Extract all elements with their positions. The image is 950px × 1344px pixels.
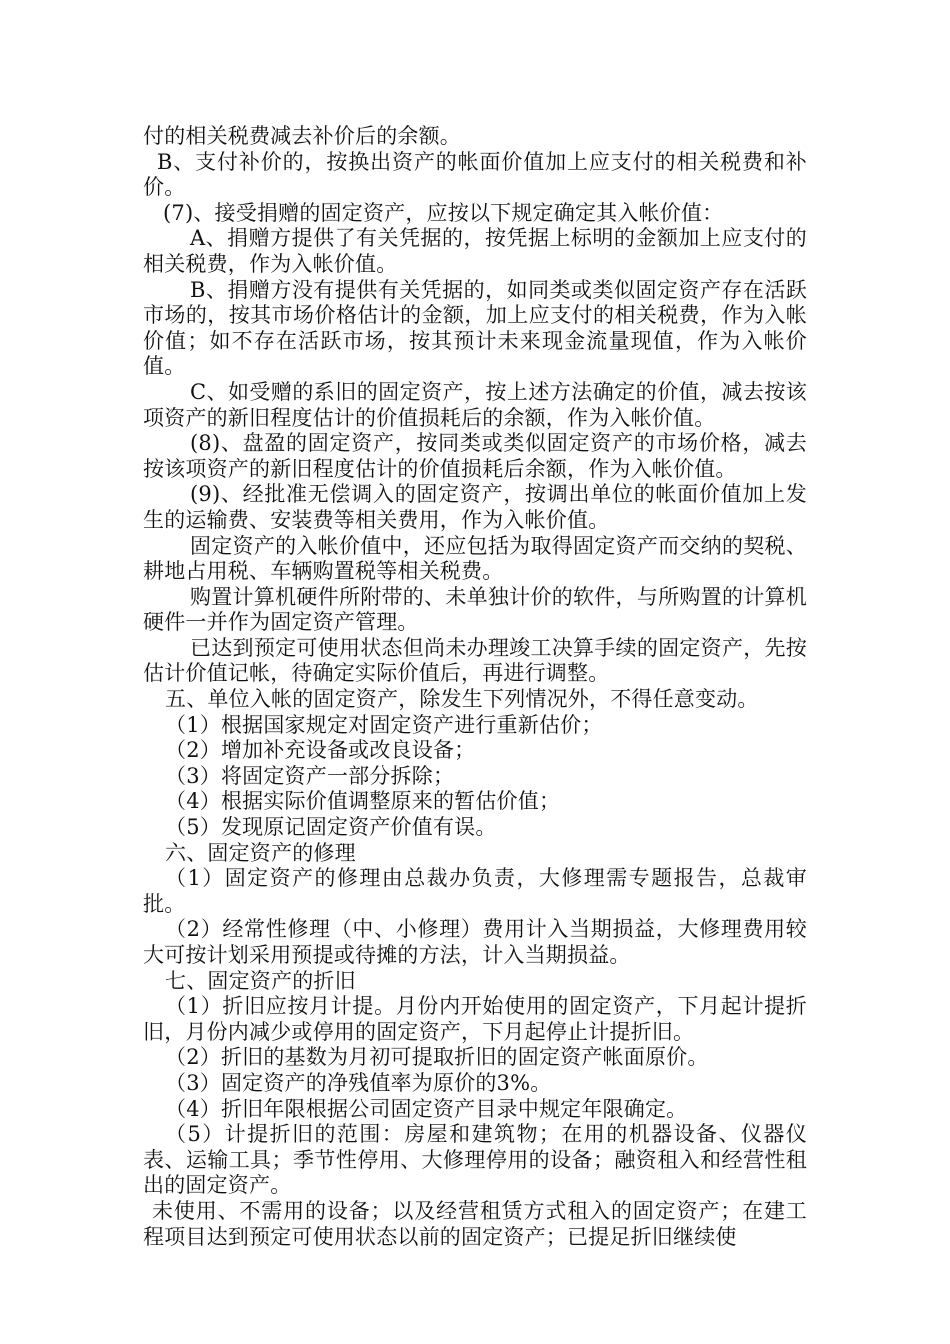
list-item-6-2: （2）经常性修理（中、小修理）费用计入当期损益，大修理费用较大可按计划采用预提或… (143, 917, 807, 968)
paragraph-software: 购置计算机硬件所附带的、未单独计价的软件，与所购置的计算机硬件一并作为固定资产管… (143, 585, 807, 636)
list-item-6-1: （1）固定资产的修理由总裁办负责，大修理需专题报告，总裁审批。 (143, 866, 807, 917)
list-item-7-2: （2）折旧的基数为月初可提取折旧的固定资产帐面原价。 (143, 1045, 807, 1071)
list-item-5-5: （5）发现原记固定资产价值有误。 (143, 815, 807, 841)
section-heading-5: 五、单位入帐的固定资产，除发生下列情况外，不得任意变动。 (143, 687, 807, 713)
list-item-7-1: （1）折旧应按月计提。月份内开始使用的固定资产，下月起计提折旧，月份内减少或停用… (143, 994, 807, 1045)
list-item-5-1: （1）根据国家规定对固定资产进行重新估价； (143, 713, 807, 739)
section-heading-6: 六、固定资产的修理 (143, 841, 807, 867)
list-item-7-4: （4）折旧年限根据公司固定资产目录中规定年限确定。 (143, 1097, 807, 1123)
list-item-5-4: （4）根据实际价值调整原来的暂估价值； (143, 789, 807, 815)
paragraph-estimated-value: 已达到预定可使用状态但尚未办理竣工决算手续的固定资产，先按估计价值记帐，待确定实… (143, 636, 807, 687)
list-item-5-3: （3）将固定资产一部分拆除； (143, 764, 807, 790)
paragraph-item-7-donated-assets: (7)、接受捐赠的固定资产，应按以下规定确定其入帐价值： (143, 201, 807, 227)
paragraph-item-9-transfer-in: (9)、经批准无偿调入的固定资产，按调出单位的帐面价值加上发生的运输费、安装费等… (143, 482, 807, 533)
list-item-5-2: （2）增加补充设备或改良设备； (143, 738, 807, 764)
paragraph-item-a-donor-voucher: A、捐赠方提供了有关凭据的，按凭据上标明的金额加上应支付的相关税费，作为入帐价值… (143, 226, 807, 277)
paragraph-taxes-included: 固定资产的入帐价值中，还应包括为取得固定资产而交纳的契税、耕地占用税、车辆购置税… (143, 534, 807, 585)
paragraph-non-depreciable: 未使用、不需用的设备；以及经营租赁方式租入的固定资产；在建工程项目达到预定可使用… (143, 1199, 807, 1250)
section-heading-7: 七、固定资产的折旧 (143, 969, 807, 995)
paragraph-item-8-surplus: (8)、盘盈的固定资产，按同类或类似固定资产的市场价格，减去按该项资产的新旧程度… (143, 431, 807, 482)
list-item-7-3: （3）固定资产的净残值率为原价的3%。 (143, 1071, 807, 1097)
paragraph-item-c-used-assets: C、如受赠的系旧的固定资产，按上述方法确定的价值，减去按该项资产的新旧程度估计的… (143, 380, 807, 431)
list-item-7-5: （5）计提折旧的范围：房屋和建筑物；在用的机器设备、仪器仪表、运输工具；季节性停… (143, 1122, 807, 1199)
paragraph-continuation: 付的相关税费减去补价后的余额。 (143, 124, 807, 150)
paragraph-item-b-pay-difference: B、支付补价的，按换出资产的帐面价值加上应支付的相关税费和补价。 (143, 150, 807, 201)
document-page: 付的相关税费减去补价后的余额。 B、支付补价的，按换出资产的帐面价值加上应支付的… (143, 124, 807, 1250)
paragraph-item-b-no-voucher: B、捐赠方没有提供有关凭据的，如同类或类似固定资产存在活跃市场的，按其市场价格估… (143, 278, 807, 380)
